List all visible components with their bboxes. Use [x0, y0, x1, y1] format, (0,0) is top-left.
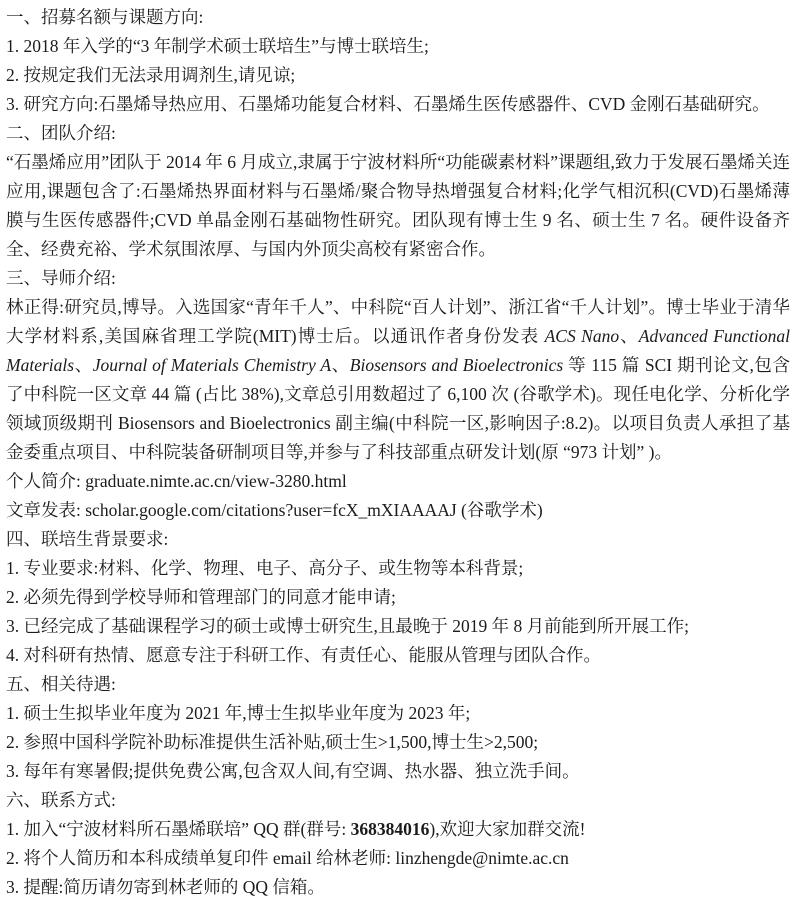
list-item: 2. 将个人简历和本科成绩单复印件 email 给林老师: linzhengde…	[6, 844, 790, 873]
text-run: ACS Nano	[545, 326, 619, 346]
section-heading: 三、导师介绍:	[6, 264, 790, 293]
list-item: 1. 专业要求:材料、化学、物理、电子、高分子、或生物等本科背景;	[6, 554, 790, 583]
list-item: 3. 研究方向:石墨烯导热应用、石墨烯功能复合材料、石墨烯生医传感器件、CVD …	[6, 90, 790, 119]
section-heading: 二、团队介绍:	[6, 119, 790, 148]
text-run: ),欢迎大家加群交流!	[429, 819, 585, 839]
list-item: 3. 提醒:简历请勿寄到林老师的 QQ 信箱。	[6, 873, 790, 900]
text-run: 3. 已经完成了基础课程学习的硕士或博士研究生,且最晚于 2019 年 8 月前…	[6, 616, 689, 636]
list-item: 1. 加入“宁波材料所石墨烯联培” QQ 群(群号: 368384016),欢迎…	[6, 815, 790, 844]
list-item: 3. 每年有寒暑假;提供免费公寓,包含双人间,有空调、热水器、独立洗手间。	[6, 757, 790, 786]
text-run: 文章发表: scholar.google.com/citations?user=…	[6, 500, 543, 520]
text-run: 四、联培生背景要求:	[6, 529, 168, 549]
text-run: 4. 对科研有热情、愿意专注于科研工作、有责任心、能服从管理与团队合作。	[6, 645, 601, 665]
paragraph: 林正得:研究员,博导。入选国家“青年千人”、中科院“百人计划”、浙江省“千人计划…	[6, 293, 790, 467]
text-run: Biosensors and Bioelectronics	[350, 355, 563, 375]
text-run: 一、招募名额与课题方向:	[6, 7, 203, 27]
text-run: 1. 加入“宁波材料所石墨烯联培” QQ 群(群号:	[6, 819, 351, 839]
list-item: 4. 对科研有热情、愿意专注于科研工作、有责任心、能服从管理与团队合作。	[6, 641, 790, 670]
text-run: 3. 研究方向:石墨烯导热应用、石墨烯功能复合材料、石墨烯生医传感器件、CVD …	[6, 94, 770, 114]
text-run: 、	[619, 326, 639, 346]
text-run: Journal of Materials Chemistry A	[93, 355, 331, 375]
text-run: 1. 硕士生拟毕业年度为 2021 年,博士生拟毕业年度为 2023 年;	[6, 703, 470, 723]
list-item: 文章发表: scholar.google.com/citations?user=…	[6, 496, 790, 525]
document-body: 一、招募名额与课题方向:1. 2018 年入学的“3 年制学术硕士联培生”与博士…	[0, 0, 799, 900]
section-heading: 一、招募名额与课题方向:	[6, 3, 790, 32]
section-heading: 六、联系方式:	[6, 786, 790, 815]
text-run: 、	[331, 355, 350, 375]
text-run: 2. 将个人简历和本科成绩单复印件 email 给林老师: linzhengde…	[6, 848, 569, 868]
list-item: 2. 参照中国科学院补助标准提供生活补贴,硕士生>1,500,博士生>2,500…	[6, 728, 790, 757]
text-run: 2. 参照中国科学院补助标准提供生活补贴,硕士生>1,500,博士生>2,500…	[6, 732, 538, 752]
text-run: 、	[74, 355, 93, 375]
text-run: 五、相关待遇:	[6, 674, 116, 694]
text-run: 2. 按规定我们无法录用调剂生,请见谅;	[6, 65, 295, 85]
text-run: 三、导师介绍:	[6, 268, 116, 288]
text-run: 3. 提醒:简历请勿寄到林老师的 QQ 信箱。	[6, 877, 325, 897]
text-run: 2. 必须先得到学校导师和管理部门的同意才能申请;	[6, 587, 396, 607]
list-item: 3. 已经完成了基础课程学习的硕士或博士研究生,且最晚于 2019 年 8 月前…	[6, 612, 790, 641]
section-heading: 五、相关待遇:	[6, 670, 790, 699]
list-item: 1. 硕士生拟毕业年度为 2021 年,博士生拟毕业年度为 2023 年;	[6, 699, 790, 728]
text-run: 二、团队介绍:	[6, 123, 116, 143]
text-run: “石墨烯应用”团队于 2014 年 6 月成立,隶属于宁波材料所“功能碳素材料”…	[6, 152, 790, 259]
text-run: 3. 每年有寒暑假;提供免费公寓,包含双人间,有空调、热水器、独立洗手间。	[6, 761, 580, 781]
section-heading: 四、联培生背景要求:	[6, 525, 790, 554]
text-run: 1. 专业要求:材料、化学、物理、电子、高分子、或生物等本科背景;	[6, 558, 523, 578]
text-run: 368384016	[351, 819, 430, 839]
text-run: 1. 2018 年入学的“3 年制学术硕士联培生”与博士联培生;	[6, 36, 429, 56]
paragraph: “石墨烯应用”团队于 2014 年 6 月成立,隶属于宁波材料所“功能碳素材料”…	[6, 148, 790, 264]
list-item: 2. 按规定我们无法录用调剂生,请见谅;	[6, 61, 790, 90]
list-item: 1. 2018 年入学的“3 年制学术硕士联培生”与博士联培生;	[6, 32, 790, 61]
list-item: 2. 必须先得到学校导师和管理部门的同意才能申请;	[6, 583, 790, 612]
text-run: 六、联系方式:	[6, 790, 116, 810]
list-item: 个人简介: graduate.nimte.ac.cn/view-3280.htm…	[6, 467, 790, 496]
text-run: 个人简介: graduate.nimte.ac.cn/view-3280.htm…	[6, 471, 347, 491]
